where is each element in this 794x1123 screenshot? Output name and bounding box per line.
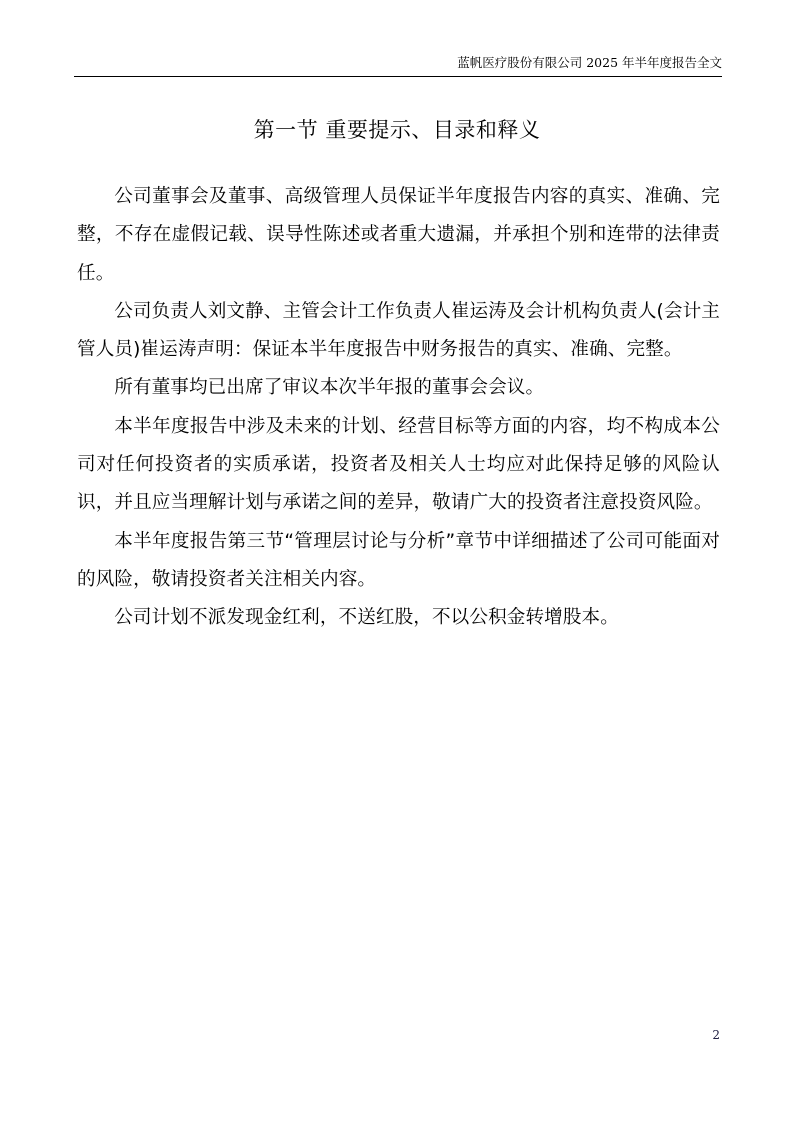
paragraph-board-attendance: 所有董事均已出席了审议本次半年报的董事会会议。 — [77, 369, 720, 407]
body-text: 公司董事会及董事、高级管理人员保证半年度报告内容的真实、准确、完整，不存在虚假记… — [77, 178, 720, 638]
paragraph-responsibility-statement: 公司董事会及董事、高级管理人员保证半年度报告内容的真实、准确、完整，不存在虚假记… — [77, 178, 720, 293]
paragraph-forward-looking-disclaimer: 本半年度报告中涉及未来的计划、经营目标等方面的内容，均不构成本公司对任何投资者的… — [77, 408, 720, 523]
page-number: 2 — [700, 1027, 720, 1043]
running-header: 蓝帆医疗股份有限公司 2025 年半年度报告全文 — [74, 54, 722, 77]
section-title: 第一节 重要提示、目录和释义 — [0, 116, 794, 144]
running-header-title: 蓝帆医疗股份有限公司 2025 年半年度报告全文 — [457, 54, 722, 72]
paragraph-financial-statement-declaration: 公司负责人刘文静、主管会计工作负责人崔运涛及会计机构负责人(会计主管人员)崔运涛… — [77, 293, 720, 370]
paragraph-risk-reference: 本半年度报告第三节“管理层讨论与分析”章节中详细描述了公司可能面对的风险，敬请投… — [77, 523, 720, 600]
paragraph-dividend-plan: 公司计划不派发现金红利，不送红股，不以公积金转增股本。 — [77, 599, 720, 637]
